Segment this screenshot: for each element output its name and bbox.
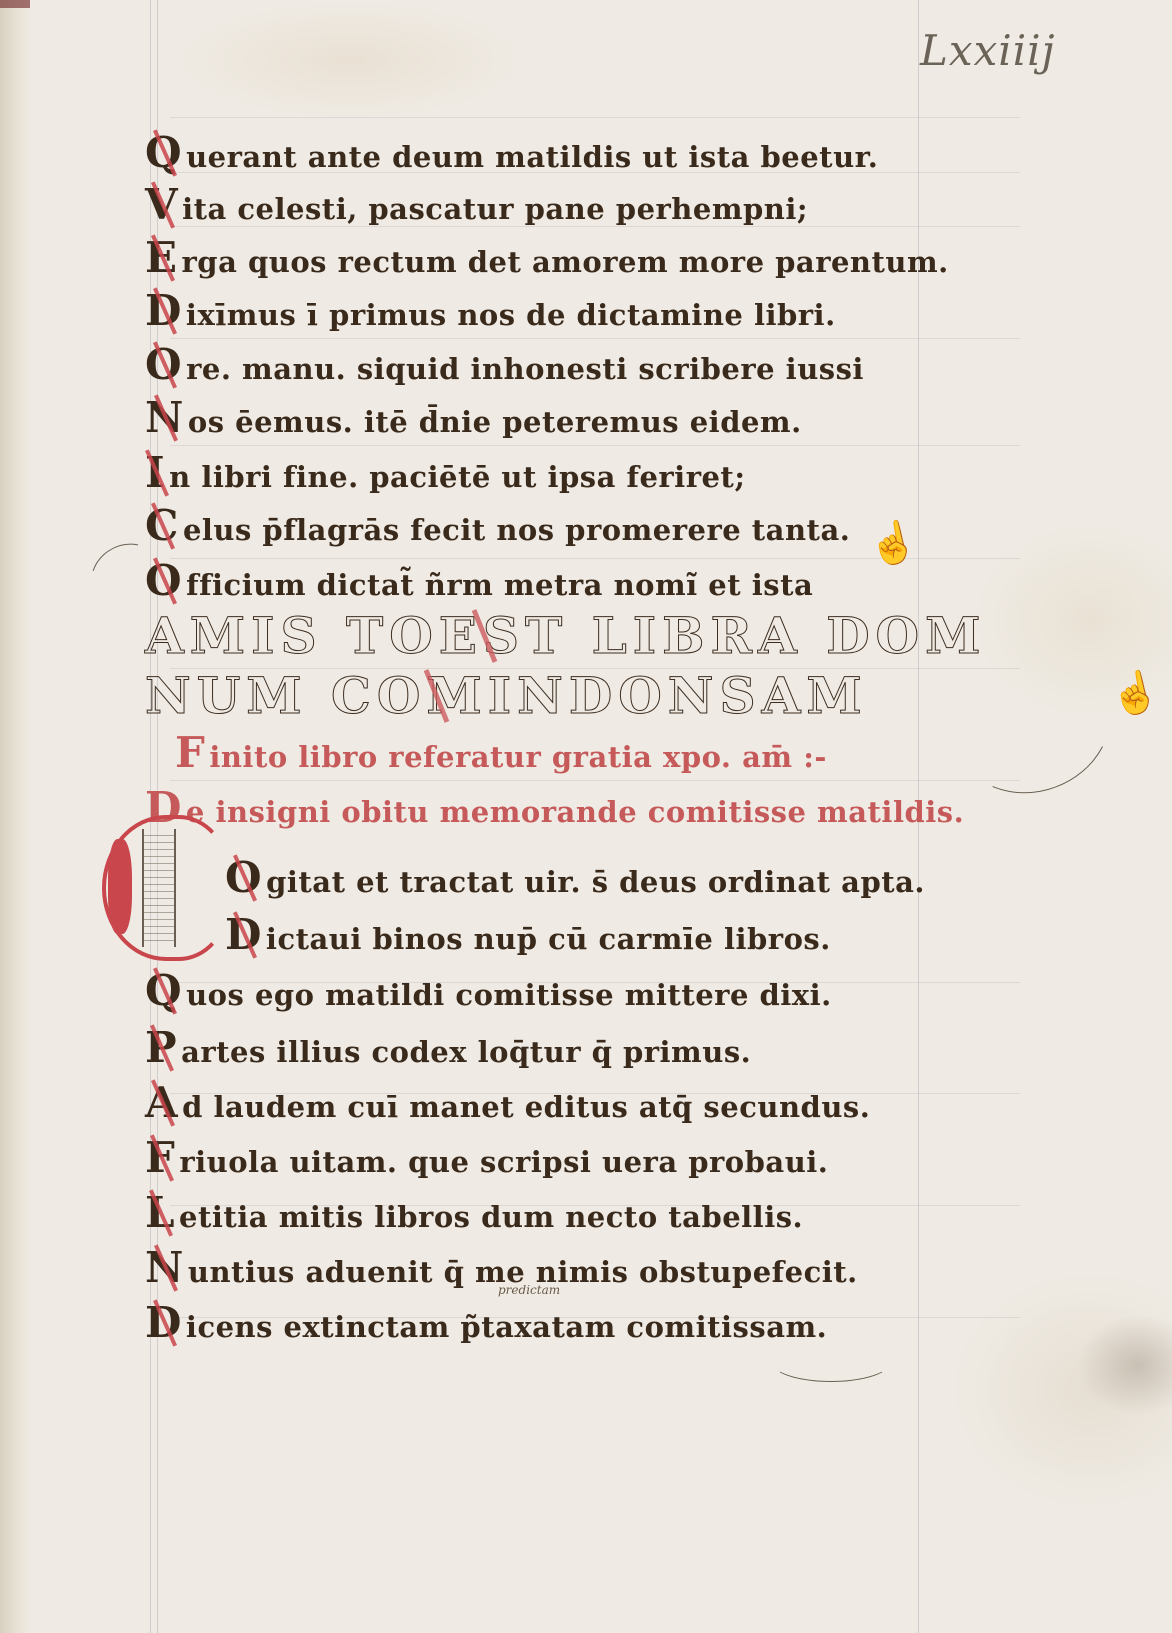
verse-text: uos ego matildi comitisse mittere dixi. [186, 978, 832, 1012]
verse-text: gitat et tractat uir. s̄ deus ordinat ap… [266, 865, 925, 899]
verse-line: Ad laudem cuī manet editus atq̄ secundu… [145, 1068, 870, 1124]
rubric-text: e insigni obitu memorande comitisse mati… [186, 795, 964, 829]
verse-line: Friuola uitam. que scripsi uera probaui. [145, 1123, 828, 1179]
initial-penwork [142, 829, 176, 947]
verse-text: riuola uitam. que scripsi uera probaui. [179, 1145, 828, 1179]
verse-line: Partes illius codex loq̄tur q̄ primus. [145, 1013, 751, 1069]
verse-text: uerant ante deum matildis ut ista beetur… [186, 140, 878, 174]
verse-line: Nuntius aduenit q̄ me nimis obstupefecit… [145, 1233, 858, 1289]
verse-text: ita celesti, pascatur pane perhempni; [182, 192, 808, 226]
capital-initial: A [145, 1082, 178, 1124]
capital-initial: L [145, 1192, 175, 1234]
capital-initial: O [145, 344, 182, 386]
verse-line: Vita celesti, pascatur pane perhempni; [145, 170, 808, 226]
display-title-text: AMIS TOEST LIBRA DOM [145, 606, 986, 665]
folio-number: Lxxiiij [920, 26, 1056, 75]
verse-line: Ore. manu. siquid inhonesti scribere ius… [145, 330, 864, 386]
verse-text: os ēemus. itē d̄nie peteremus eidem. [188, 405, 802, 439]
verse-text: fficium dictat̃ ñrm metra nomĩ et ista [186, 568, 813, 602]
rubric-line: Finito libro referatur gratia xpo. am̄ :… [175, 718, 827, 774]
capital-initial: O [225, 857, 262, 899]
display-title-line: AMIS TOEST LIBRA DOM [145, 606, 988, 668]
verse-line: Nos ēemus. itē d̄nie peteremus eidem. [145, 383, 802, 439]
capital-initial: I [145, 452, 165, 494]
verse-line: Officium dictat̃ ñrm metra nomĩ et ist… [145, 546, 813, 602]
binding-edge [0, 0, 31, 1633]
rubric-initial: F [175, 732, 205, 774]
capital-initial: F [145, 1137, 175, 1179]
verse-text: artes illius codex loq̄tur q̄ primus. [181, 1035, 751, 1069]
verse-text: etitia mitis libros dum necto tabellis. [179, 1200, 803, 1234]
verse-line: Dixīmus ī primus nos de dictamine libr… [145, 276, 836, 332]
verse-text: rga quos rectum det amorem more parentum… [182, 245, 949, 279]
verse-line: Ogitat et tractat uir. s̄ deus ordinat a… [225, 843, 925, 899]
rubric-text: inito libro referatur gratia xpo. am̄ :- [209, 740, 827, 774]
capital-initial: D [225, 914, 262, 956]
verse-line: In libri fine. paciētē ut ipsa feriret… [145, 438, 746, 494]
capital-initial: C [145, 505, 179, 547]
capital-initial: D [145, 290, 182, 332]
verse-line: Letitia mitis libros dum necto tabellis. [145, 1178, 803, 1234]
display-title-text: NUM COMINDONSAM [145, 666, 868, 725]
interlinear-gloss: predictam [498, 1283, 560, 1297]
rubric-line: De insigni obitu memorande comitisse mat… [145, 773, 964, 829]
capital-initial: E [145, 237, 178, 279]
capital-initial: P [145, 1027, 177, 1069]
verse-line: Dicens extinctam p̃taxatam comitissam. [145, 1288, 827, 1344]
verse-text: icens extinctam p̃taxatam comitissam. [186, 1310, 827, 1344]
decorated-initial-c [102, 815, 230, 961]
verse-text: ictaui binos nup̄ cū carmīe libros. [266, 922, 831, 956]
verse-text: elus p̄flagrās fecit nos promerere tant… [183, 513, 850, 547]
capital-initial: Q [145, 970, 182, 1012]
verse-text: re. manu. siquid inhonesti scribere iuss… [186, 352, 864, 386]
verse-line: Celus p̄flagrās fecit nos promerere tan… [145, 491, 850, 547]
verse-text: n libri fine. paciētē ut ipsa feriret; [169, 460, 745, 494]
verse-line: Dictaui binos nup̄ cū carmīe libros. [225, 900, 831, 956]
capital-initial: N [145, 397, 184, 439]
capital-initial: N [145, 1247, 184, 1289]
verse-line: Querant ante deum matildis ut ista beetu… [145, 118, 878, 174]
verse-line: Erga quos rectum det amorem more parentu… [145, 223, 949, 279]
verse-text: ixīmus ī primus nos de dictamine libri… [186, 298, 836, 332]
capital-initial: D [145, 1302, 182, 1344]
marginal-flourish [770, 1340, 892, 1382]
capital-initial: Q [145, 132, 182, 174]
initial-red-fill [108, 839, 132, 934]
verse-line: Quos ego matildi comitisse mittere dixi. [145, 956, 832, 1012]
verse-text: d laudem cuī manet editus atq̄ secundus… [182, 1090, 870, 1124]
capital-initial: V [145, 184, 178, 226]
